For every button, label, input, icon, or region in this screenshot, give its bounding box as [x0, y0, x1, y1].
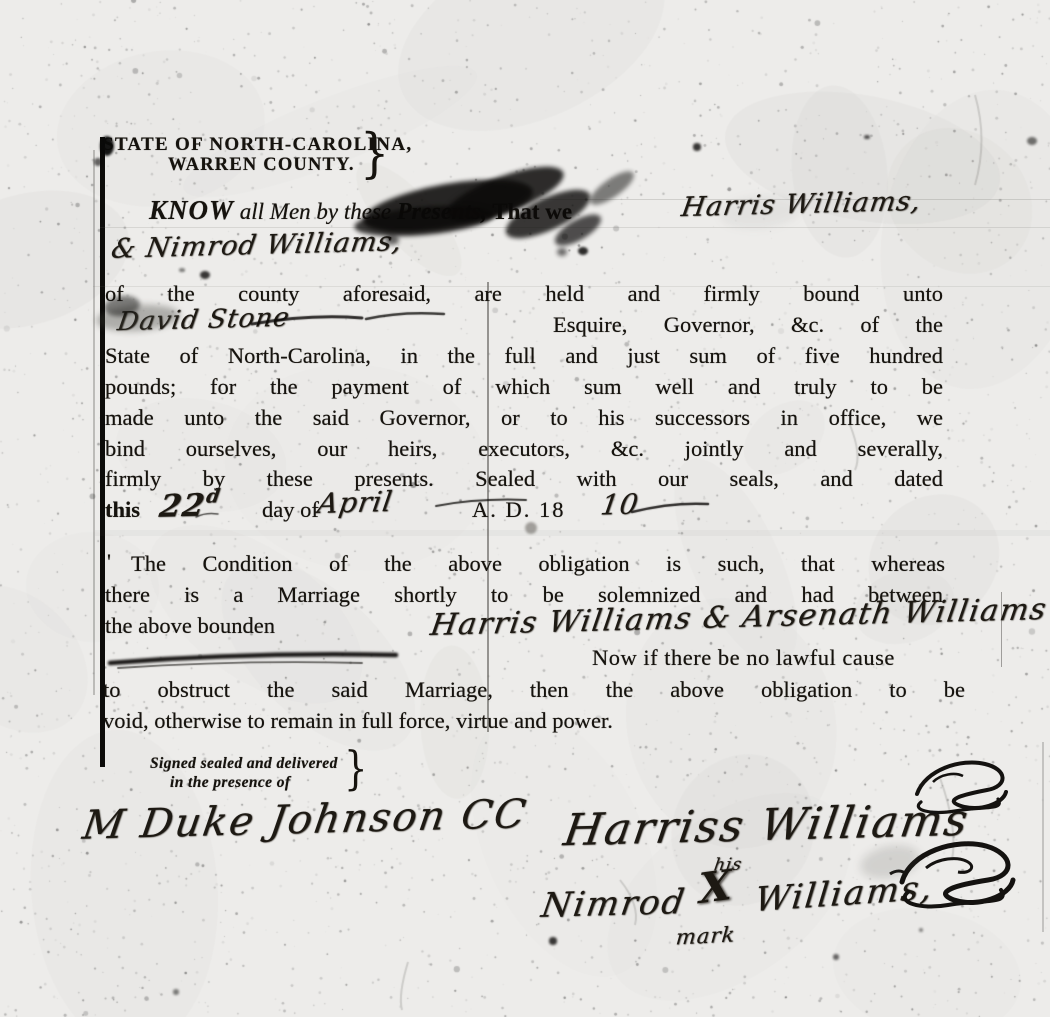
mark-label: mark: [676, 924, 735, 948]
header-county-line: WARREN COUNTY.: [168, 155, 355, 176]
bond-line-state: State of North-Carolina, in the full and…: [105, 343, 943, 369]
that-we-text: That we: [487, 199, 572, 224]
opening-line: KNOW all Men by these Presents, That we: [149, 195, 572, 227]
know-word: KNOW: [149, 195, 234, 225]
condition-line-4: Now if there be no lawful cause: [592, 645, 895, 671]
attestation-brace: }: [344, 742, 368, 796]
surety-mark-x: X: [699, 862, 733, 911]
date-this-label: this: [105, 497, 140, 523]
header-brace: }: [360, 122, 389, 184]
bond-line-bound-unto: of the county aforesaid, are held and fi…: [105, 281, 943, 307]
bond-line-esquire: Esquire, Governor, &c. of the: [553, 312, 943, 338]
seal-flourish-1: Seal: [903, 752, 1013, 816]
bond-line-pounds: pounds; for the payment of which sum wel…: [105, 374, 943, 400]
condition-line-1: The Condition of the above obligation is…: [105, 551, 945, 577]
bond-line-firmly: firmly by these presents. Sealed with ou…: [105, 466, 943, 492]
attestation-line-1: Signed sealed and delivered: [150, 755, 338, 773]
left-border-rule-faint: [93, 150, 95, 695]
principal-name-handwriting: Harris Williams,: [682, 189, 921, 220]
bond-line-bind: bind ourselves, our heirs, executors, &c…: [105, 436, 943, 462]
month-handwriting: April: [318, 486, 392, 519]
scan-streak-2: [100, 227, 1050, 228]
day-suffix: d: [205, 485, 223, 507]
surety-signature-first: Nimrod: [542, 884, 685, 924]
date-day-of-label: day of: [262, 497, 319, 523]
date-ad-label: A. D. 18: [472, 497, 566, 523]
day-handwriting: 22d: [160, 486, 219, 524]
seal-flourish-2: Seal: [886, 830, 1022, 916]
year-handwriting: 10: [601, 488, 639, 521]
bond-line-made: made unto the said Governor, or to his s…: [105, 405, 943, 431]
surety-name-handwriting: & Nimrod Williams,: [112, 230, 401, 261]
attestation-line-2: in the presence of: [170, 774, 290, 792]
condition-line-3: the above bounden: [105, 613, 275, 639]
scan-streak-4: [95, 530, 1050, 536]
governor-name-handwriting: David Stone: [118, 305, 289, 335]
condition-line-5: to obstruct the said Marriage, then the …: [103, 677, 965, 703]
witness-signature: M Duke Johnson CC: [84, 797, 526, 843]
all-men-text: all Men by these: [234, 199, 397, 224]
crease-line-right: [1042, 742, 1044, 932]
presents-word: Presents,: [397, 199, 487, 225]
condition-line-6: void, otherwise to remain in full force,…: [103, 708, 613, 734]
couple-names-handwriting: Harris Williams & Arsenath Williams: [432, 600, 1046, 635]
